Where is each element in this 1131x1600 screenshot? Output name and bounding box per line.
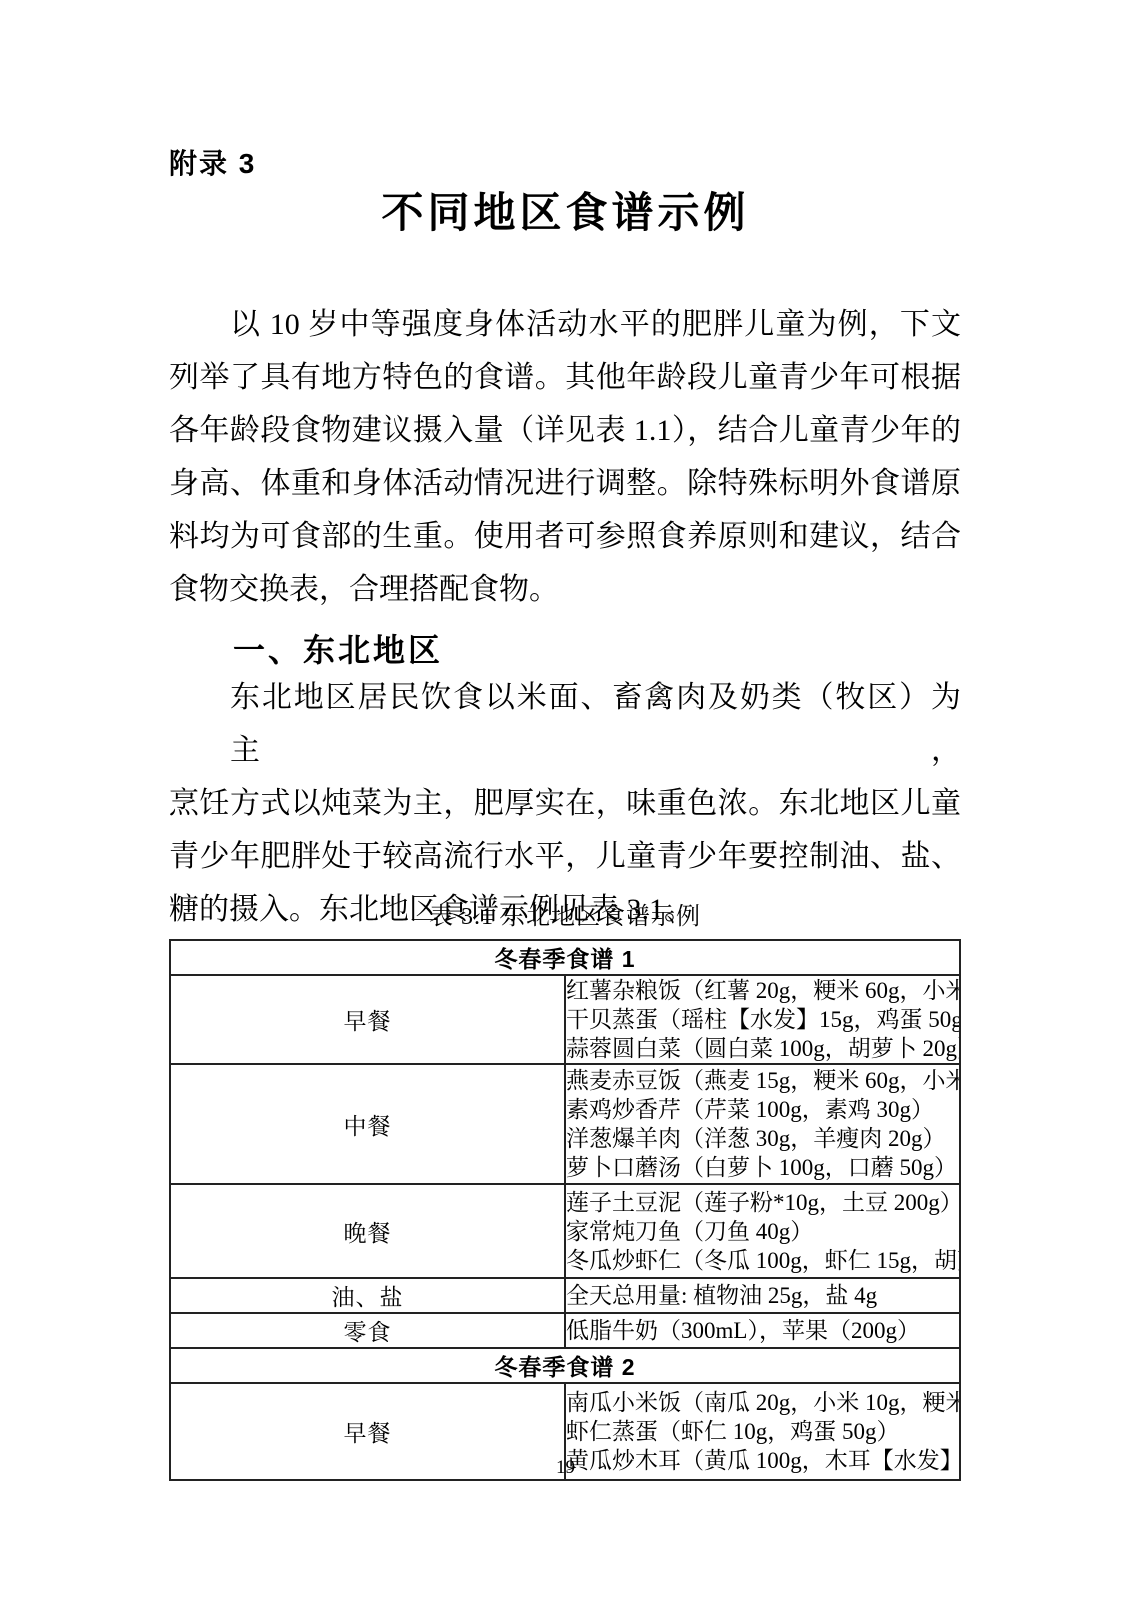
dish-item: 低脂牛奶（300mL），苹果（200g） — [566, 1316, 959, 1345]
table-row-snack: 零食 低脂牛奶（300mL），苹果（200g） — [170, 1313, 960, 1348]
meal-label: 零食 — [170, 1313, 565, 1348]
dish-item: 莲子土豆泥（莲子粉*10g，土豆 200g） — [566, 1188, 959, 1217]
dish-item: 燕麦赤豆饭（燕麦 15g，粳米 60g，小米 5g，赤小豆*20g） — [566, 1066, 959, 1095]
dish-item: 全天总用量: 植物油 25g，盐 4g — [566, 1281, 959, 1310]
table-caption: 表 3.1 东北地区食谱示例 — [169, 901, 961, 933]
table-section-header-row: 冬春季食谱 1 — [170, 940, 960, 975]
dish-item: 家常炖刀鱼（刀鱼 40g） — [566, 1217, 959, 1246]
dish-item: 蒜蓉圆白菜（圆白菜 100g，胡萝卜 20g） — [566, 1034, 959, 1063]
paragraph-line: 青少年肥胖处于较高流行水平，儿童青少年要控制油、盐、 — [169, 830, 961, 883]
dish-item: 干贝蒸蛋（瑶柱【水发】15g，鸡蛋 50g） — [566, 1005, 959, 1034]
meal-items-cell: 全天总用量: 植物油 25g，盐 4g — [565, 1278, 960, 1313]
meal-label: 油、盐 — [170, 1278, 565, 1313]
meal-label: 早餐 — [170, 975, 565, 1064]
paragraph-line: 以 10 岁中等强度身体活动水平的肥胖儿童为例，下文 — [169, 298, 961, 351]
paragraph-line: 列举了具有地方特色的食谱。其他年龄段儿童青少年可根据 — [169, 351, 961, 404]
recipe-table: 冬春季食谱 1 早餐 红薯杂粮饭（红薯 20g，粳米 60g，小米 5g） 干贝… — [169, 939, 961, 1481]
section-heading-northeast: 一、东北地区 — [233, 628, 443, 672]
meal-items-cell: 低脂牛奶（300mL），苹果（200g） — [565, 1313, 960, 1348]
paragraph-line: 东北地区居民饮食以米面、畜禽肉及奶类（牧区）为主， — [169, 671, 961, 777]
section-header-cell: 冬春季食谱 2 — [170, 1348, 960, 1383]
page-number: 19 — [0, 1456, 1131, 1480]
dish-item: 素鸡炒香芹（芹菜 100g，素鸡 30g） — [566, 1095, 959, 1124]
document-page: 附录 3 不同地区食谱示例 以 10 岁中等强度身体活动水平的肥胖儿童为例，下文… — [0, 0, 1131, 1600]
intro-paragraph: 以 10 岁中等强度身体活动水平的肥胖儿童为例，下文 列举了具有地方特色的食谱。… — [169, 298, 961, 616]
dish-item: 洋葱爆羊肉（洋葱 30g，羊瘦肉 20g） — [566, 1124, 959, 1153]
northeast-paragraph: 东北地区居民饮食以米面、畜禽肉及奶类（牧区）为主， 烹饪方式以炖菜为主，肥厚实在… — [169, 671, 961, 936]
paragraph-line: 料均为可食部的生重。使用者可参照食养原则和建议，结合 — [169, 510, 961, 563]
meal-items-cell: 红薯杂粮饭（红薯 20g，粳米 60g，小米 5g） 干贝蒸蛋（瑶柱【水发】15… — [565, 975, 960, 1064]
appendix-label: 附录 3 — [169, 146, 256, 182]
paragraph-line: 各年龄段食物建议摄入量（详见表 1.1），结合儿童青少年的 — [169, 404, 961, 457]
dish-item: 萝卜口蘑汤（白萝卜 100g，口蘑 50g） — [566, 1153, 959, 1182]
page-title: 不同地区食谱示例 — [0, 186, 1131, 242]
table-section-header-row: 冬春季食谱 2 — [170, 1348, 960, 1383]
dish-item: 虾仁蒸蛋（虾仁 10g，鸡蛋 50g） — [566, 1417, 959, 1446]
meal-label: 晚餐 — [170, 1184, 565, 1278]
meal-label: 中餐 — [170, 1064, 565, 1184]
meal-items-cell: 燕麦赤豆饭（燕麦 15g，粳米 60g，小米 5g，赤小豆*20g） 素鸡炒香芹… — [565, 1064, 960, 1184]
paragraph-line: 烹饪方式以炖菜为主，肥厚实在，味重色浓。东北地区儿童 — [169, 777, 961, 830]
paragraph-line: 食物交换表，合理搭配食物。 — [169, 563, 961, 616]
paragraph-line: 身高、体重和身体活动情况进行调整。除特殊标明外食谱原 — [169, 457, 961, 510]
table-row-oil-salt: 油、盐 全天总用量: 植物油 25g，盐 4g — [170, 1278, 960, 1313]
dish-item: 南瓜小米饭（南瓜 20g，小米 10g，粳米 50g） — [566, 1388, 959, 1417]
meal-items-cell: 莲子土豆泥（莲子粉*10g，土豆 200g） 家常炖刀鱼（刀鱼 40g） 冬瓜炒… — [565, 1184, 960, 1278]
table-row-dinner-1: 晚餐 莲子土豆泥（莲子粉*10g，土豆 200g） 家常炖刀鱼（刀鱼 40g） … — [170, 1184, 960, 1278]
section-header-cell: 冬春季食谱 1 — [170, 940, 960, 975]
dish-item: 冬瓜炒虾仁（冬瓜 100g，虾仁 15g，胡萝卜 20g） — [566, 1246, 959, 1275]
dish-item: 红薯杂粮饭（红薯 20g，粳米 60g，小米 5g） — [566, 976, 959, 1005]
table-row-lunch-1: 中餐 燕麦赤豆饭（燕麦 15g，粳米 60g，小米 5g，赤小豆*20g） 素鸡… — [170, 1064, 960, 1184]
table-row-breakfast-1: 早餐 红薯杂粮饭（红薯 20g，粳米 60g，小米 5g） 干贝蒸蛋（瑶柱【水发… — [170, 975, 960, 1064]
